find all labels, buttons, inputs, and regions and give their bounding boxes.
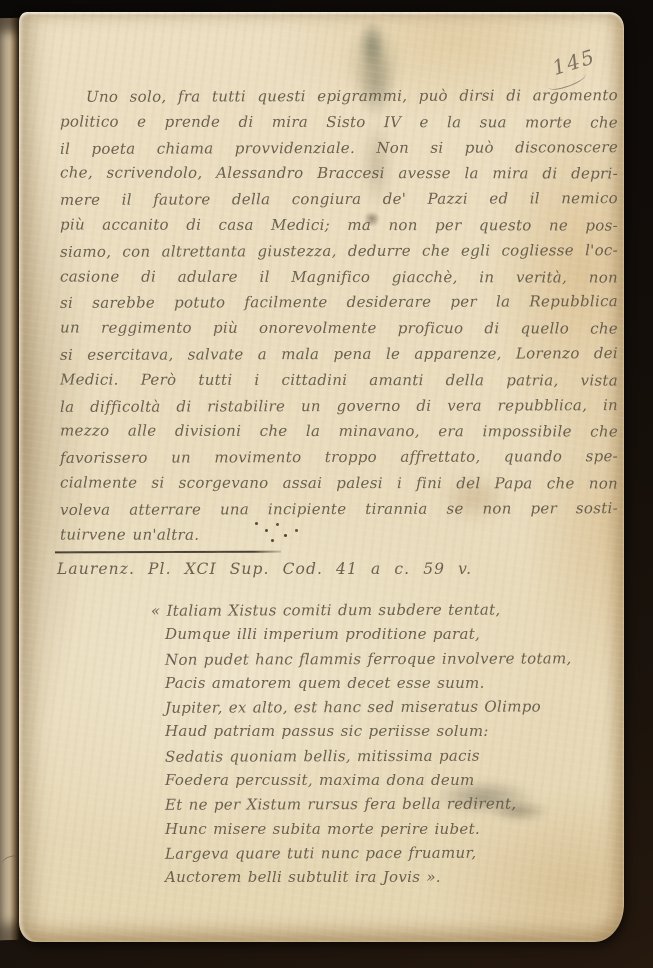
verse-line: Pacis amatorem quem decet esse suum. — [165, 671, 595, 695]
manuscript-line: tuirvene un'altra. — [60, 522, 618, 549]
manuscript-line: favorissero un movimento troppo affretta… — [60, 444, 618, 472]
manuscript-line: siamo, con altrettanta giustezza, dedurr… — [60, 238, 618, 266]
latin-verse-block: « Italiam Xistus comiti dum subdere tent… — [165, 598, 595, 890]
verse-line: Haud patriam passus sic periisse solum: — [165, 719, 595, 743]
manuscript-line: il poeta chiama provvidenziale. Non si p… — [60, 135, 618, 163]
verse-line: Dumque illi imperium proditione parat, — [165, 622, 595, 646]
verse-line: Foedera percussit, maxima dona deum — [165, 768, 595, 792]
manuscript-line: più accanito di casa Medici; ma non per … — [60, 212, 618, 239]
manuscript-line: politico e prende di mira Sisto IV e la … — [60, 109, 618, 136]
verse-line: Largeva quare tuti nunc pace fruamur, — [165, 840, 595, 866]
verse-line: Jupiter, ex alto, est hanc sed miseratus… — [165, 694, 595, 720]
manuscript-line: si esercitava, salvate a mala pena le ap… — [60, 341, 618, 369]
manuscript-line: si sarebbe potuto facilmente desiderare … — [60, 289, 618, 317]
manuscript-line: la difficoltà di ristabilire un governo … — [60, 393, 618, 421]
manuscript-line: che, scrivendolo, Alessandro Braccesi av… — [60, 161, 618, 188]
verse-line: Et ne per Xistum rursus fera bella redir… — [165, 792, 595, 818]
manuscript-line: voleva atterrare una incipiente tirannia… — [60, 496, 618, 524]
manuscript-photo: 145 Uno solo, fra tutti questi epigrammi… — [0, 0, 653, 968]
manuscript-line: mere il fautore della congiura de' Pazzi… — [60, 186, 618, 214]
manuscript-line: casione di adulare il Magnifico giacchè,… — [60, 264, 618, 291]
manuscript-line: cialmente si scorgevano assai palesi i f… — [60, 470, 618, 497]
manuscript-line: un reggimento più onorevolmente proficuo… — [60, 316, 618, 343]
manuscript-line: Uno solo, fra tutti questi epigrammi, pu… — [60, 83, 618, 111]
manuscript-page: 145 Uno solo, fra tutti questi epigrammi… — [19, 12, 624, 942]
manuscript-line: mezzo alle divisioni che la minavano, er… — [60, 419, 618, 446]
verse-line: Sedatis quoniam bellis, mitissima pacis — [165, 743, 595, 769]
ink-dots-separator — [255, 520, 305, 546]
verse-line: Hunc misere subita morte perire iubet. — [165, 817, 595, 841]
verse-line: Auctorem belli subtulit ira Jovis ». — [165, 865, 595, 889]
verse-line: « Italiam Xistus comiti dum subdere tent… — [151, 597, 595, 623]
manuscript-line: Medici. Però tutti i cittadini amanti de… — [60, 367, 618, 394]
citation-line: Laurenz. Pl. XCI Sup. Cod. 41 a c. 59 v. — [57, 560, 477, 578]
verse-line: Non pudet hanc flammis ferroque involver… — [165, 646, 595, 672]
footnote-rule — [55, 551, 281, 554]
body-paragraph: Uno solo, fra tutti questi epigrammi, pu… — [60, 84, 618, 548]
